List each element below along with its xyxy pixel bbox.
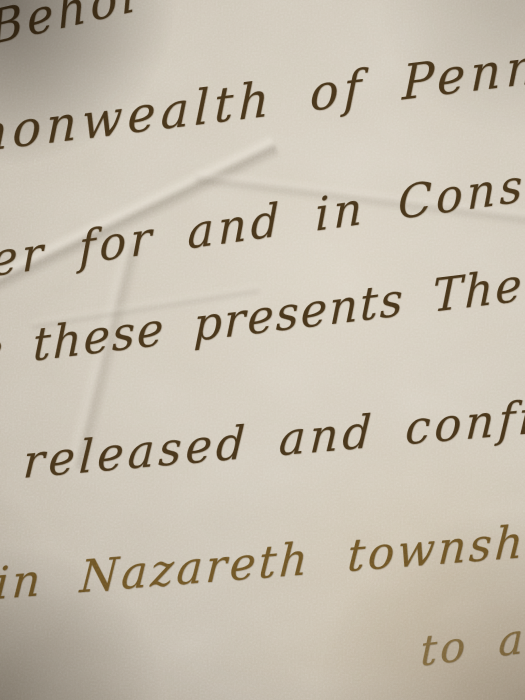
document-photo: Behol monwealth of Penns ler for and in … (0, 0, 525, 700)
